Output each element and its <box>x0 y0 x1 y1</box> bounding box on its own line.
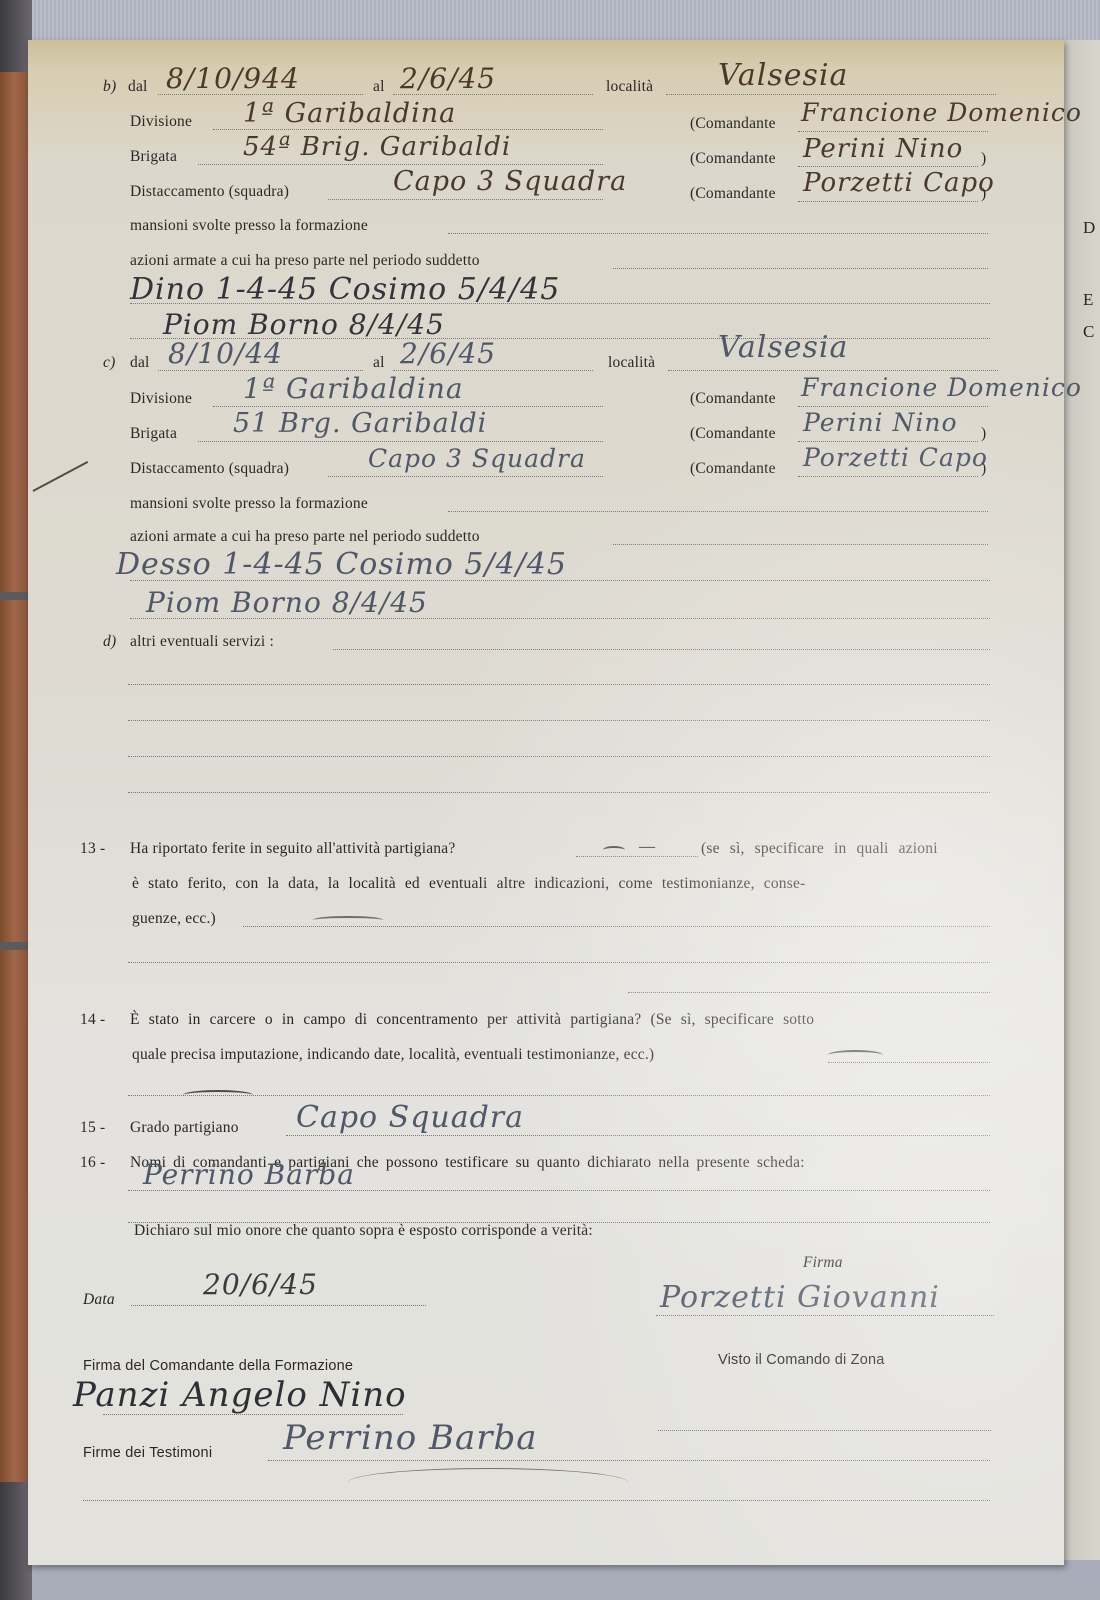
grado-value: Capo Squadra <box>296 1100 524 1135</box>
pen-arc <box>348 1468 628 1497</box>
brigata-value: 51 Brg. Garibaldi <box>233 408 487 439</box>
handwritten-dash <box>603 846 625 854</box>
adjacent-page-glyph: C <box>1083 322 1094 342</box>
binder-spine <box>0 72 28 1482</box>
firma-label: Firma <box>803 1254 843 1272</box>
dal-value: 8/10/44 <box>168 337 283 370</box>
bracket: ) <box>981 185 986 203</box>
al-label: al <box>373 78 385 96</box>
dal-value: 8/10/944 <box>166 62 300 95</box>
comandante-value: Porzetti Capo <box>803 443 988 472</box>
localita-value: Valsesia <box>718 58 848 93</box>
al-value: 2/6/45 <box>400 62 496 95</box>
al-label: al <box>373 354 385 372</box>
visto-label: Visto il Comando di Zona <box>718 1352 885 1368</box>
adjacent-page-edge: D E C <box>1060 40 1100 1560</box>
distaccamento-label: Distaccamento (squadra) <box>130 460 289 478</box>
brigata-label: Brigata <box>130 425 177 443</box>
testimoni-names: Perrino Barba <box>143 1158 355 1191</box>
azioni-entry: Desso 1-4-45 Cosimo 5/4/45 <box>116 547 567 582</box>
pen-stroke <box>33 461 89 492</box>
data-value: 20/6/45 <box>203 1268 318 1301</box>
data-label: Data <box>83 1291 115 1309</box>
question-number: 15 - <box>80 1119 105 1137</box>
brigata-label: Brigata <box>130 148 177 166</box>
answer-value: — <box>638 836 657 857</box>
divisione-label: Divisione <box>130 113 192 131</box>
divisione-value: 1ª Garibaldina <box>243 98 456 129</box>
dal-label: dal <box>130 354 150 372</box>
comandante-formazione-label: Firma del Comandante della Formazione <box>83 1358 353 1374</box>
question-text: (se sì, specificare in quali azioni <box>701 840 938 858</box>
declaration-text: Dichiaro sul mio onore che quanto sopra … <box>134 1222 593 1240</box>
mansioni-label: mansioni svolte presso la formazione <box>130 217 368 235</box>
section-marker: c) <box>103 354 115 372</box>
azioni-label: azioni armate a cui ha preso parte nel p… <box>130 252 480 270</box>
localita-label: località <box>606 78 653 96</box>
testimoni-signature: Perrino Barba <box>283 1418 538 1458</box>
handwritten-dash <box>828 1050 883 1060</box>
distaccamento-value: Capo 3 Squadra <box>368 444 586 473</box>
section-marker: b) <box>103 78 116 96</box>
comandante-label: (Comandante <box>690 460 776 478</box>
azioni-entry: Piom Borno 8/4/45 <box>146 586 428 619</box>
comandante-value: Francione Domenico <box>801 98 1082 127</box>
bracket: ) <box>981 460 986 478</box>
comandante-value: Francione Domenico <box>801 373 1082 402</box>
mansioni-label: mansioni svolte presso la formazione <box>130 495 368 513</box>
grado-label: Grado partigiano <box>130 1119 239 1137</box>
bracket: ) <box>981 425 986 443</box>
section-marker: d) <box>103 633 116 651</box>
comandante-label: (Comandante <box>690 425 776 443</box>
firma-signature: Porzetti Giovanni <box>660 1280 940 1315</box>
adjacent-page-glyph: D <box>1083 218 1095 238</box>
comandante-signature: Panzi Angelo Nino <box>73 1375 407 1415</box>
divisione-value: 1ª Garibaldina <box>243 372 464 405</box>
comandante-value: Perini Nino <box>803 134 963 164</box>
question-number: 13 - <box>80 840 105 858</box>
comandante-value: Porzetti Capo <box>803 168 995 198</box>
background-cloth <box>0 0 1100 45</box>
distaccamento-value: Capo 3 Squadra <box>393 166 627 197</box>
al-value: 2/6/45 <box>400 337 496 370</box>
adjacent-page-glyph: E <box>1083 290 1093 310</box>
comandante-label: (Comandante <box>690 185 776 203</box>
azioni-entry: Dino 1-4-45 Cosimo 5/4/45 <box>130 272 560 307</box>
comandante-value: Perini Nino <box>803 408 958 437</box>
altri-servizi-label: altri eventuali servizi : <box>130 633 274 651</box>
testimoni-label: Firme dei Testimoni <box>83 1445 212 1461</box>
azioni-label: azioni armate a cui ha preso parte nel p… <box>130 528 480 546</box>
bracket: ) <box>981 150 986 168</box>
comandante-label: (Comandante <box>690 390 776 408</box>
divisione-label: Divisione <box>130 390 192 408</box>
question-text: è stato ferito, con la data, la località… <box>132 875 805 893</box>
question-number: 16 - <box>80 1154 105 1172</box>
distaccamento-label: Distaccamento (squadra) <box>130 183 289 201</box>
question-text: guenze, ecc.) <box>132 910 216 928</box>
brigata-value: 54ª Brig. Garibaldi <box>243 132 511 162</box>
question-number: 14 - <box>80 1011 105 1029</box>
handwritten-dash <box>183 1090 253 1100</box>
question-text: È stato in carcere o in campo di concent… <box>130 1011 814 1029</box>
comandante-label: (Comandante <box>690 150 776 168</box>
handwritten-dash <box>313 916 383 924</box>
localita-label: località <box>608 354 655 372</box>
question-text: quale precisa imputazione, indicando dat… <box>132 1046 654 1064</box>
comandante-label: (Comandante <box>690 115 776 133</box>
localita-value: Valsesia <box>718 330 848 365</box>
form-sheet: b) dal 8/10/944 al 2/6/45 località Valse… <box>28 40 1064 1565</box>
dal-label: dal <box>128 78 148 96</box>
question-text: Ha riportato ferite in seguito all'attiv… <box>130 840 455 858</box>
